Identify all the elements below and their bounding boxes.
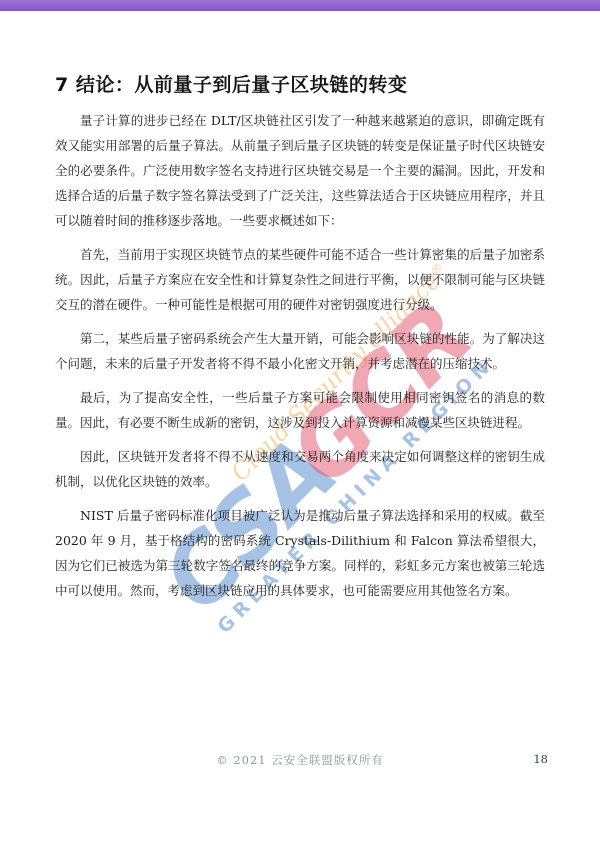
footer-copyright: © 2021 云安全联盟版权所有 (0, 752, 600, 768)
page-footer: © 2021 云安全联盟版权所有 18 (0, 752, 600, 772)
body-paragraph: 因此，区块链开发者将不得不从速度和交易两个角度来决定如何调整这样的密钥生成机制，… (55, 444, 545, 494)
body-paragraph: 量子计算的进步已经在 DLT/区块链社区引发了一种越来越紧迫的意识，即确定既有效… (55, 108, 545, 233)
body-paragraph: 最后，为了提高安全性，一些后量子方案可能会限制使用相同密钥签名的消息的数量。因此… (55, 385, 545, 435)
document-page: 7 结论：从前量子到后量子区块链的转变 Cloud Security allia… (0, 0, 600, 849)
section-heading: 7 结论：从前量子到后量子区块链的转变 (55, 70, 545, 97)
document-body: 量子计算的进步已经在 DLT/区块链社区引发了一种越来越紧迫的意识，即确定既有效… (55, 108, 545, 612)
page-number: 18 (533, 752, 548, 766)
body-paragraph: 首先，当前用于实现区块链节点的某些硬件可能不适合一些计算密集的后量子加密系统。因… (55, 242, 545, 317)
body-paragraph: NIST 后量子密码标准化项目被广泛认为是推动后量子算法选择和采用的权威。截至 … (55, 503, 545, 603)
top-accent-bar (0, 0, 600, 11)
body-paragraph: 第二，某些后量子密码系统会产生大量开销，可能会影响区块链的性能。为了解决这个问题… (55, 326, 545, 376)
